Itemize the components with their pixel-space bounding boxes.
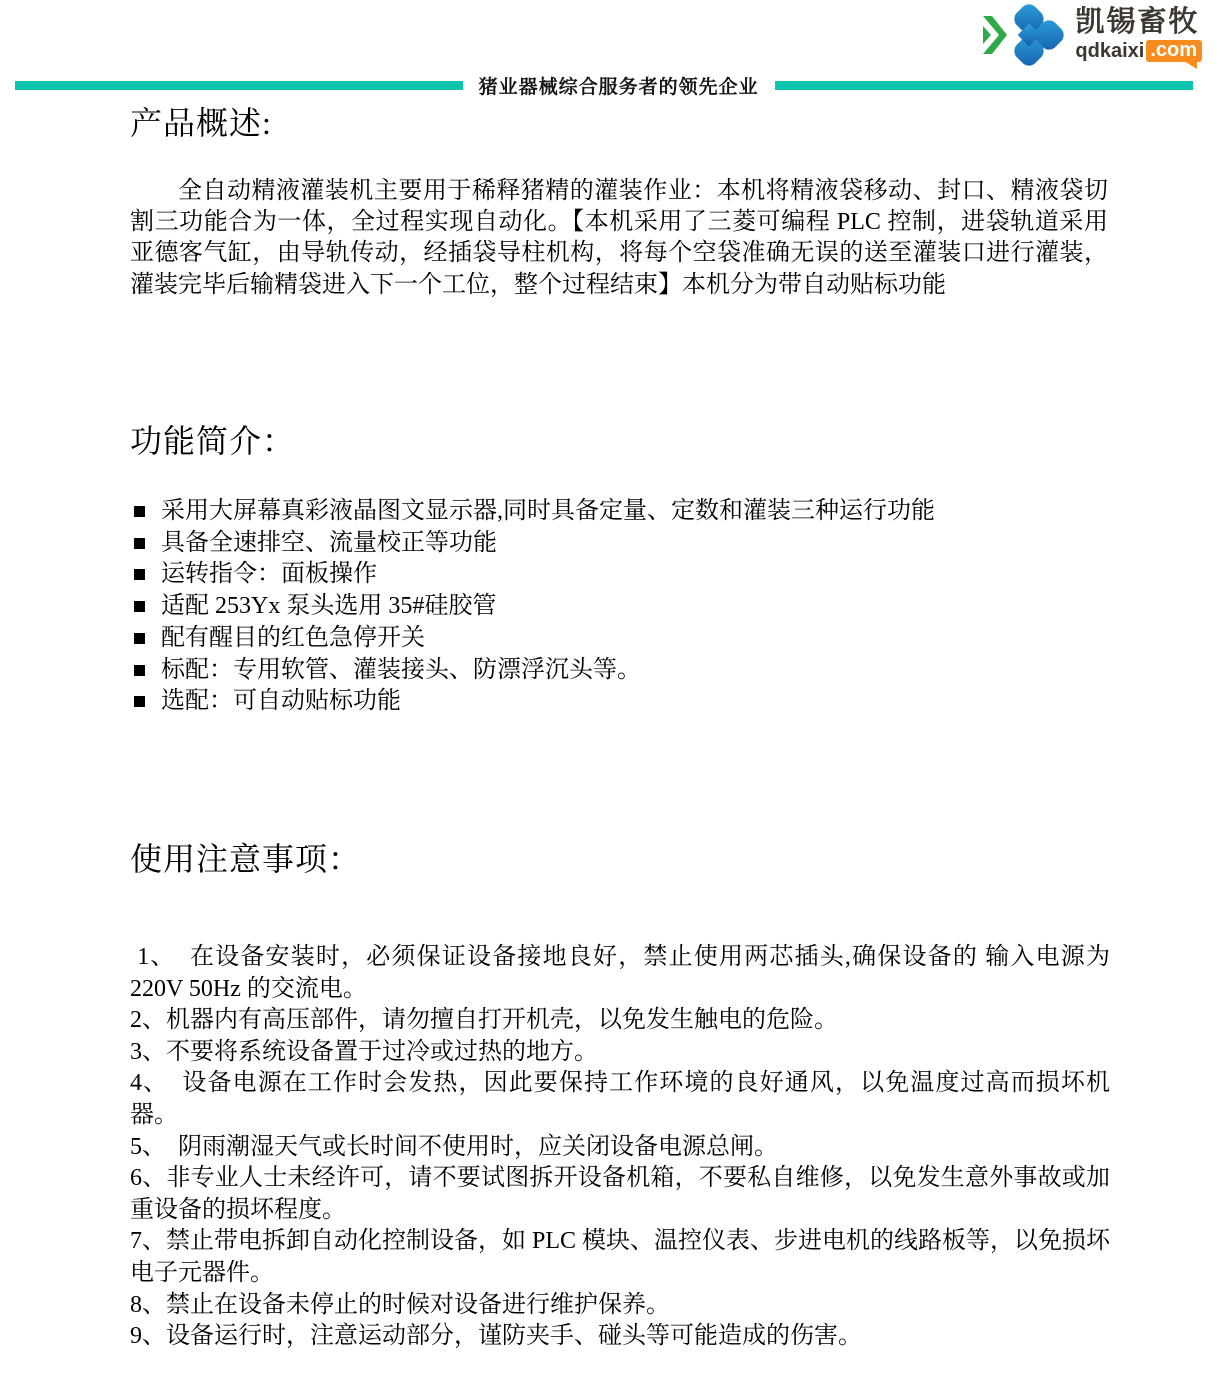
brand-logo: 凯锡畜牧 qdkaixi.com xyxy=(983,4,1202,66)
brand-domain-name: qdkaixi xyxy=(1075,41,1144,61)
list-item: 5、 阴雨潮湿天气或长时间不使用时，应关闭设备电源总闸。 xyxy=(130,1132,1110,1164)
bullet-square-icon xyxy=(134,665,145,676)
list-item: 运转指令：面板操作 xyxy=(132,559,1112,591)
bullet-square-icon xyxy=(134,696,145,707)
feature-text: 具备全速排空、流量校正等功能 xyxy=(161,528,497,560)
list-item: 2、机器内有高压部件，请勿擅自打开机壳，以免发生触电的危险。 xyxy=(130,1005,1110,1037)
company-tagline: 猪业器械综合服务者的领先企业 xyxy=(463,72,775,99)
rule-right xyxy=(775,81,1193,90)
section-heading-precautions: 使用注意事项： xyxy=(130,834,361,880)
list-item: 7、禁止带电拆卸自动化控制设备，如 PLC 模块、温控仪表、步进电机的线路板等，… xyxy=(130,1226,1110,1289)
brand-domain: qdkaixi.com xyxy=(1075,40,1202,62)
brand-domain-tld: .com xyxy=(1146,40,1202,62)
document-page: 凯锡畜牧 qdkaixi.com 猪业器械综合服务者的领先企业 产品概述: 全自… xyxy=(0,0,1220,1376)
section-heading-overview: 产品概述: xyxy=(130,98,272,144)
feature-list: 采用大屏幕真彩液晶图文显示器,同时具备定量、定数和灌装三种运行功能 具备全速排空… xyxy=(132,496,1112,718)
feature-text: 适配 253Yx 泵头选用 35#硅胶管 xyxy=(161,591,496,623)
bullet-square-icon xyxy=(134,633,145,644)
brand-text-block: 凯锡畜牧 qdkaixi.com xyxy=(1075,8,1202,62)
header-rule: 猪业器械综合服务者的领先企业 xyxy=(15,72,1193,99)
section-heading-features: 功能简介： xyxy=(130,416,295,462)
list-item: 8、禁止在设备未停止的时候对设备进行维护保养。 xyxy=(130,1290,1110,1322)
precaution-list: 1、 在设备安装时，必须保证设备接地良好，禁止使用两芯插头,确保设备的 输入电源… xyxy=(130,942,1110,1353)
list-item: 6、非专业人士未经许可，请不要试图拆开设备机箱，不要私自维修，以免发生意外事故或… xyxy=(130,1163,1110,1226)
list-item: 采用大屏幕真彩液晶图文显示器,同时具备定量、定数和灌装三种运行功能 xyxy=(132,496,1112,528)
list-item: 配有醒目的红色急停开关 xyxy=(132,623,1112,655)
overview-paragraph: 全自动精液灌装机主要用于稀释猪精的灌装作业：本机将精液袋移动、封口、精液袋切割三… xyxy=(130,176,1108,301)
feature-text: 配有醒目的红色急停开关 xyxy=(161,623,425,655)
list-item: 9、设备运行时，注意运动部分，谨防夹手、碰头等可能造成的伤害。 xyxy=(130,1321,1110,1353)
feature-text: 标配：专用软管、灌装接头、防漂浮沉头等。 xyxy=(161,655,641,687)
list-item: 3、不要将系统设备置于过冷或过热的地方。 xyxy=(130,1037,1110,1069)
bullet-square-icon xyxy=(134,569,145,580)
bullet-square-icon xyxy=(134,601,145,612)
feature-text: 运转指令：面板操作 xyxy=(161,559,377,591)
rule-left xyxy=(15,81,463,90)
list-item: 1、 在设备安装时，必须保证设备接地良好，禁止使用两芯插头,确保设备的 输入电源… xyxy=(130,942,1110,1005)
bullet-square-icon xyxy=(134,506,145,517)
list-item: 标配：专用软管、灌装接头、防漂浮沉头等。 xyxy=(132,655,1112,687)
feature-text: 采用大屏幕真彩液晶图文显示器,同时具备定量、定数和灌装三种运行功能 xyxy=(161,496,935,528)
list-item: 具备全速排空、流量校正等功能 xyxy=(132,528,1112,560)
bullet-square-icon xyxy=(134,538,145,549)
brand-name: 凯锡畜牧 xyxy=(1075,8,1202,37)
feature-text: 选配：可自动贴标功能 xyxy=(161,686,401,718)
list-item: 4、 设备电源在工作时会发热，因此要保持工作环境的良好通风，以免温度过高而损坏机… xyxy=(130,1068,1110,1131)
brand-mark-icon xyxy=(983,4,1067,66)
list-item: 选配：可自动贴标功能 xyxy=(132,686,1112,718)
list-item: 适配 253Yx 泵头选用 35#硅胶管 xyxy=(132,591,1112,623)
